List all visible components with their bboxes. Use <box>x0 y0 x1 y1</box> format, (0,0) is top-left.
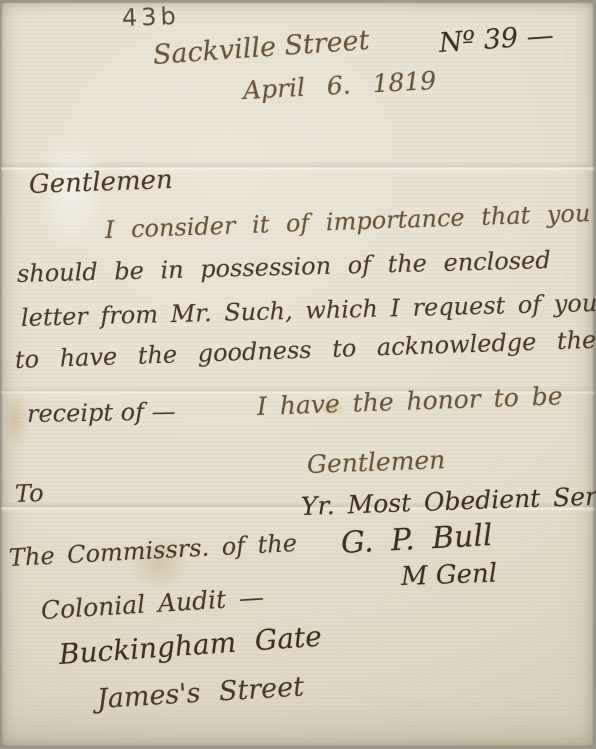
closing-line-2: Gentlemen <box>306 445 445 479</box>
archival-number: 43b <box>122 2 181 32</box>
body-line-1: I consider it of importance that you <box>105 199 591 244</box>
signature-name: G. P. Bull <box>340 518 493 561</box>
body-line-4: to have the goodness to acknowledge the <box>15 326 596 374</box>
address-line-2: Colonial Audit — <box>40 582 265 625</box>
address-line-1: The Commissrs. of the <box>8 529 297 572</box>
closing-line-3: Yr. Most Obedient Servt <box>300 481 596 521</box>
body-line-3: letter from Mr. Such, which I request of… <box>21 289 596 332</box>
header-address-line: Sackville Street <box>152 25 370 71</box>
signature-rank: M Genl <box>400 559 497 592</box>
address-line-3: Buckingham Gate <box>58 620 323 671</box>
letter-page: 43b Sackville Street Nº 39 — April 6. 18… <box>1 2 594 747</box>
closing-line-1: I have the honor to be <box>256 381 562 421</box>
stain <box>3 390 29 450</box>
body-line-2: should be in possession of the enclosed <box>17 246 551 288</box>
header-house-number: Nº 39 — <box>438 20 555 59</box>
address-line-4: James's Street <box>96 671 305 715</box>
body-line-5: receipt of — <box>27 397 176 428</box>
address-to: To <box>15 479 45 508</box>
salutation: Gentlemen <box>28 165 173 200</box>
header-date-line: April 6. 1819 <box>242 66 437 105</box>
